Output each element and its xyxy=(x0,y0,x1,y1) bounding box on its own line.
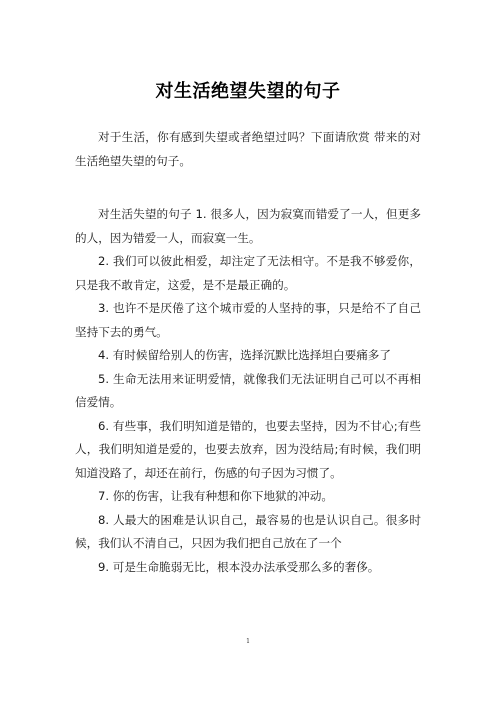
sentence-paragraph-5: 5. 生命无法用来证明爱情，就像我们无法证明自己可以不再相信爱情。 xyxy=(75,368,421,415)
document-page: 对生活绝望失望的句子 对于生活，你有感到失望或者绝望过吗？下面请欣赏 带来的对生… xyxy=(0,0,496,702)
sentence-paragraph-9: 9. 可是生命脆弱无比，根本没办法承受那么多的奢侈。 xyxy=(75,556,421,580)
document-title: 对生活绝望失望的句子 xyxy=(0,78,496,106)
sentence-paragraph-4: 4. 有时候留给别人的伤害，选择沉默比选择坦白要痛多了 xyxy=(75,344,421,368)
sentence-paragraph-1: 对生活失望的句子 1. 很多人，因为寂寞而错爱了一人，但更多的人，因为错爱一人，… xyxy=(75,203,421,250)
sentence-paragraph-6: 6. 有些事，我们明知道是错的，也要去坚持，因为不甘心;有些人，我们明知道是爱的… xyxy=(75,415,421,486)
page-number: 1 xyxy=(0,638,496,645)
intro-paragraph: 对于生活，你有感到失望或者绝望过吗？下面请欣赏 带来的对生活绝望失望的句子。 xyxy=(75,126,421,173)
sentence-paragraph-7: 7. 你的伤害，让我有种想和你下地狱的冲动。 xyxy=(75,485,421,509)
intro-section: 对于生活，你有感到失望或者绝望过吗？下面请欣赏 带来的对生活绝望失望的句子。 xyxy=(75,126,421,173)
sentence-paragraph-2: 2. 我们可以彼此相爱，却注定了无法相守。不是我不够爱你，只是我不敢肯定，这爱，… xyxy=(75,250,421,297)
sentence-paragraph-3: 3. 也许不是厌倦了这个城市爱的人坚持的事，只是给不了自己坚持下去的勇气。 xyxy=(75,297,421,344)
sentence-paragraph-8: 8. 人最大的困难是认识自己，最容易的也是认识自己。很多时候，我们认不清自己，只… xyxy=(75,509,421,556)
sentences-list: 对生活失望的句子 1. 很多人，因为寂寞而错爱了一人，但更多的人，因为错爱一人，… xyxy=(75,203,421,579)
